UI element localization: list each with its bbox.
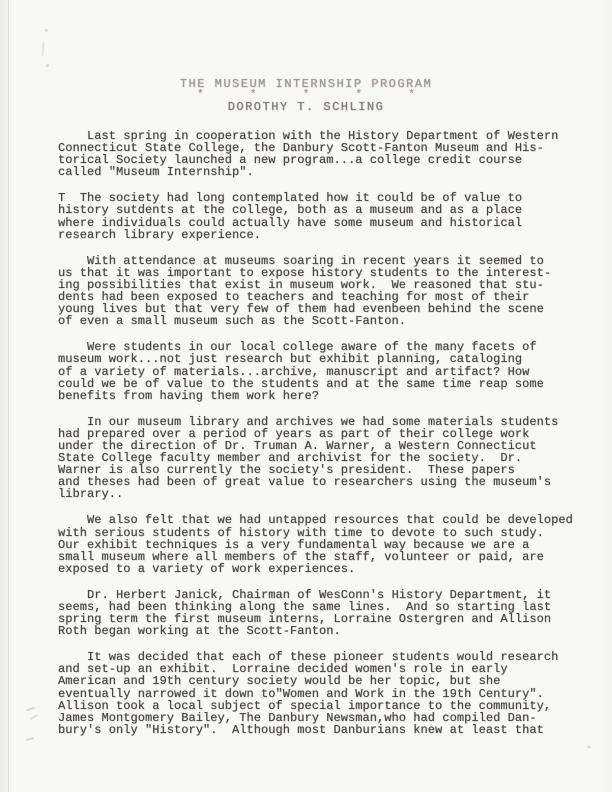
title-block: THE MUSEUM INTERNSHIP PROGRAM * * * * * … (0, 79, 612, 113)
page-edge-line (8, 0, 9, 792)
paragraph-8: It was decided that each of these pionee… (58, 651, 588, 736)
author-byline: DOROTHY T. SCHLING (0, 101, 612, 113)
scan-squiggle (41, 42, 44, 56)
scan-speck (45, 29, 48, 32)
document-body: Last spring in cooperation with the Hist… (58, 130, 588, 750)
pencil-mark (26, 707, 35, 712)
asterisk-separator: * * * * * (0, 90, 612, 100)
paragraph-1: Last spring in cooperation with the Hist… (58, 130, 588, 178)
paragraph-2: T The society had long contemplated how … (58, 192, 588, 240)
paragraph-4: Were students in our local college aware… (58, 341, 588, 401)
paragraph-3: With attendance at museums soaring in re… (58, 255, 588, 328)
pencil-mark (26, 737, 34, 741)
paragraph-5: In our museum library and archives we ha… (58, 416, 588, 501)
scan-speck (46, 64, 49, 67)
paragraph-6: We also felt that we had untapped resour… (58, 514, 588, 574)
document-page: THE MUSEUM INTERNSHIP PROGRAM * * * * * … (0, 0, 612, 792)
paragraph-7: Dr. Herbert Janick, Chairman of WesConn'… (58, 589, 588, 637)
pencil-mark (30, 714, 38, 720)
